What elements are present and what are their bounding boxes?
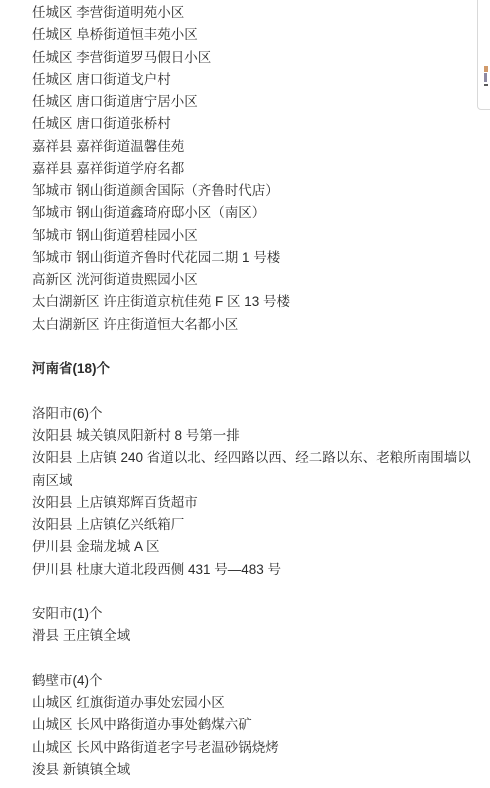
list-item: 伊川县 金瑞龙城 A 区 (32, 536, 478, 558)
blank-line (32, 381, 478, 403)
list-item: 嘉祥县 嘉祥街道温馨佳苑 (32, 136, 478, 158)
list-item: 滑县 王庄镇全域 (32, 625, 478, 647)
clipped-icon-part (484, 73, 487, 82)
list-item: 任城区 唐口街道戈户村 (32, 69, 478, 91)
floating-widget[interactable] (477, 0, 490, 110)
list-item: 嘉祥县 嘉祥街道学府名都 (32, 158, 478, 180)
list-item: 邹城市 钢山街道颜舍国际（齐鲁时代店） (32, 180, 478, 202)
list-item: 浚县 新镇镇全域 (32, 759, 478, 781)
clipped-partial-icon (484, 66, 489, 89)
blank-line (32, 648, 478, 670)
list-item: 任城区 唐口街道唐宁居小区 (32, 91, 478, 113)
blank-line (32, 336, 478, 358)
list-item: 邹城市 钢山街道鑫琦府邸小区（南区） (32, 202, 478, 224)
list-item: 任城区 阜桥街道恒丰苑小区 (32, 24, 478, 46)
list-item: 伊川县 杜康大道北段西侧 431 号—483 号 (32, 559, 478, 581)
list-item: 邹城市 钢山街道碧桂园小区 (32, 225, 478, 247)
list-item: 汝阳县 上店镇 240 省道以北、经四路以西、经二路以东、老粮所南围墙以南区域 (32, 447, 478, 492)
list-item: 任城区 唐口街道张桥村 (32, 113, 478, 135)
clipped-icon-part (484, 66, 488, 72)
list-item: 山城区 长风中路街道老字号老温砂锅烧烤 (32, 737, 478, 759)
province-header: 河南省(18)个 (32, 358, 478, 380)
list-item: 太白湖新区 许庄街道恒大名都小区 (32, 314, 478, 336)
list-item: 汝阳县 上店镇亿兴纸箱厂 (32, 514, 478, 536)
city-header: 安阳市(1)个 (32, 603, 478, 625)
risk-area-list: 任城区 李营街道明苑小区任城区 阜桥街道恒丰苑小区任城区 李营街道罗马假日小区任… (0, 2, 490, 781)
city-header: 洛阳市(6)个 (32, 403, 478, 425)
list-item: 汝阳县 城关镇凤阳新村 8 号第一排 (32, 425, 478, 447)
list-item: 任城区 李营街道罗马假日小区 (32, 47, 478, 69)
city-header: 鹤壁市(4)个 (32, 670, 478, 692)
list-item: 汝阳县 上店镇郑辉百货超市 (32, 492, 478, 514)
list-item: 太白湖新区 许庄街道京杭佳苑 F 区 13 号楼 (32, 291, 478, 313)
clipped-icon-part (484, 84, 488, 86)
list-item: 邹城市 钢山街道齐鲁时代花园二期 1 号楼 (32, 247, 478, 269)
list-item: 高新区 洸河街道贵熙园小区 (32, 269, 478, 291)
blank-line (32, 581, 478, 603)
list-item: 山城区 红旗街道办事处宏园小区 (32, 692, 478, 714)
list-item: 山城区 长风中路街道办事处鹤煤六矿 (32, 714, 478, 736)
list-item: 任城区 李营街道明苑小区 (32, 2, 478, 24)
